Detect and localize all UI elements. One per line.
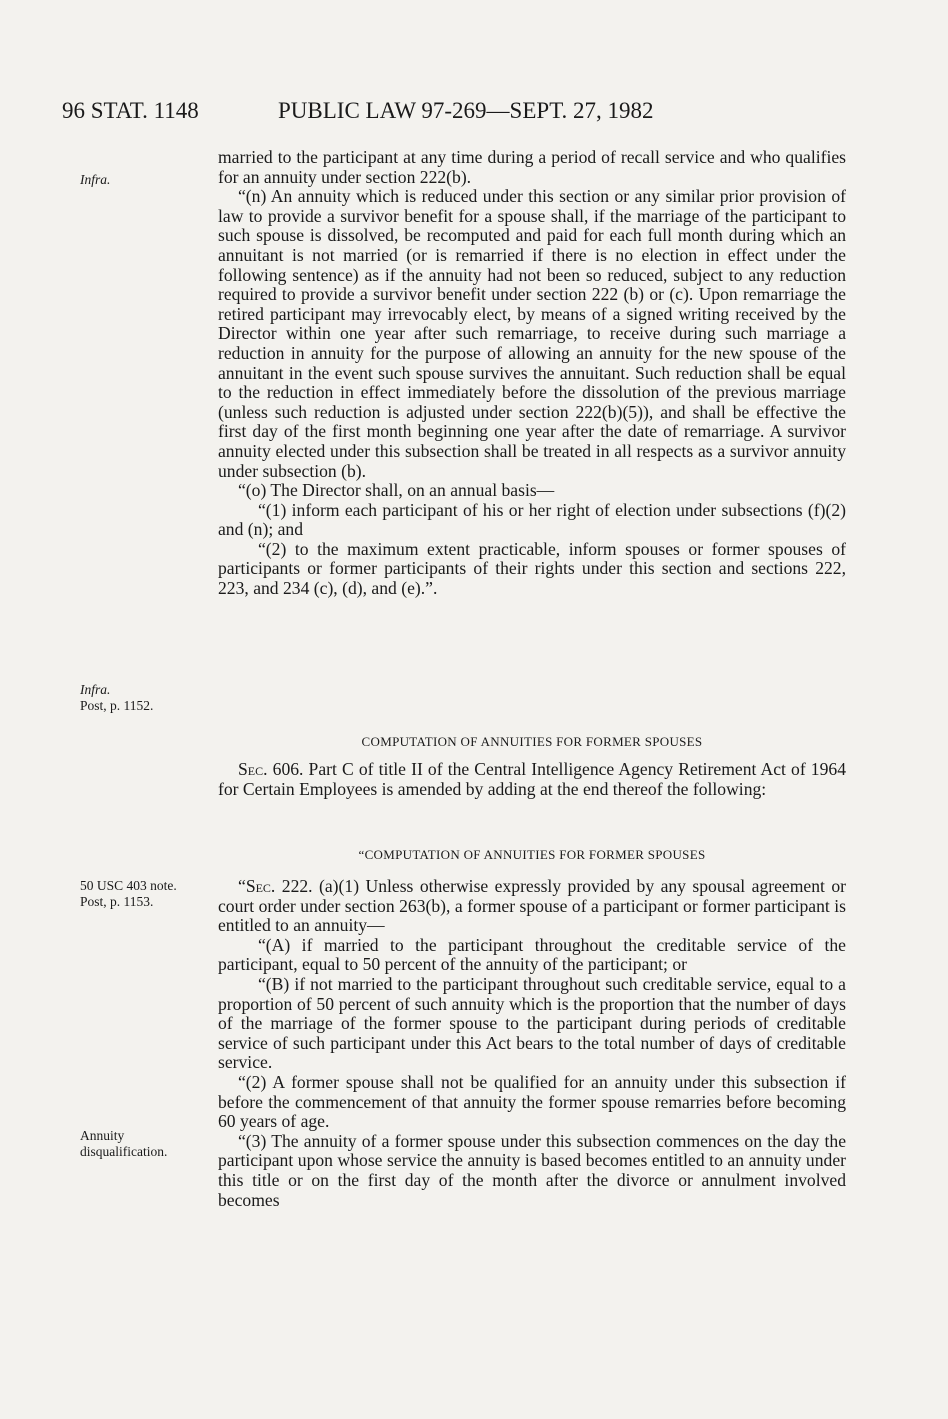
paragraph-B: “(B) if not married to the participant t… — [218, 975, 846, 1073]
body-text-top: married to the participant at any time d… — [218, 148, 846, 599]
sec-606-block: Sec. 606. Part C of title II of the Cent… — [218, 760, 846, 799]
margin-note-annuity-disqualification: Annuity disqualification. — [80, 1128, 210, 1160]
paragraph-2: “(2) A former spouse shall not be qualif… — [218, 1073, 846, 1132]
margin-note-infra-post-1152: Infra. Post, p. 1152. — [80, 682, 210, 714]
statute-reference: 96 STAT. 1148 — [62, 98, 199, 124]
paragraph-A: “(A) if married to the participant throu… — [218, 936, 846, 975]
paragraph-recall: married to the participant at any time d… — [218, 148, 846, 187]
heading-2-block: “COMPUTATION OF ANNUITIES FOR FORMER SPO… — [218, 845, 846, 865]
paragraph-o: “(o) The Director shall, on an annual ba… — [218, 481, 846, 501]
paragraph-n: “(n) An annuity which is reduced under t… — [218, 187, 846, 481]
heading-1-block: COMPUTATION OF ANNUITIES FOR FORMER SPOU… — [218, 732, 846, 752]
margin-note-infra-1: Infra. — [80, 172, 210, 188]
margin-note-usc: 50 USC 403 note. Post, p. 1153. — [80, 878, 210, 910]
section-222: “Sec. 222. (a)(1) Unless otherwise expre… — [218, 877, 846, 936]
section-heading: COMPUTATION OF ANNUITIES FOR FORMER SPOU… — [218, 732, 846, 752]
law-title: PUBLIC LAW 97-269—SEPT. 27, 1982 — [278, 98, 654, 124]
section-heading-quoted: “COMPUTATION OF ANNUITIES FOR FORMER SPO… — [218, 845, 846, 865]
sec-222-block: “Sec. 222. (a)(1) Unless otherwise expre… — [218, 877, 846, 1210]
paragraph-o-2: “(2) to the maximum extent practicable, … — [218, 540, 846, 599]
page-header: 96 STAT. 1148 PUBLIC LAW 97-269—SEPT. 27… — [62, 98, 858, 128]
section-606: Sec. 606. Part C of title II of the Cent… — [218, 760, 846, 799]
paragraph-o-1: “(1) inform each participant of his or h… — [218, 501, 846, 540]
paragraph-3: “(3) The annuity of a former spouse unde… — [218, 1132, 846, 1210]
